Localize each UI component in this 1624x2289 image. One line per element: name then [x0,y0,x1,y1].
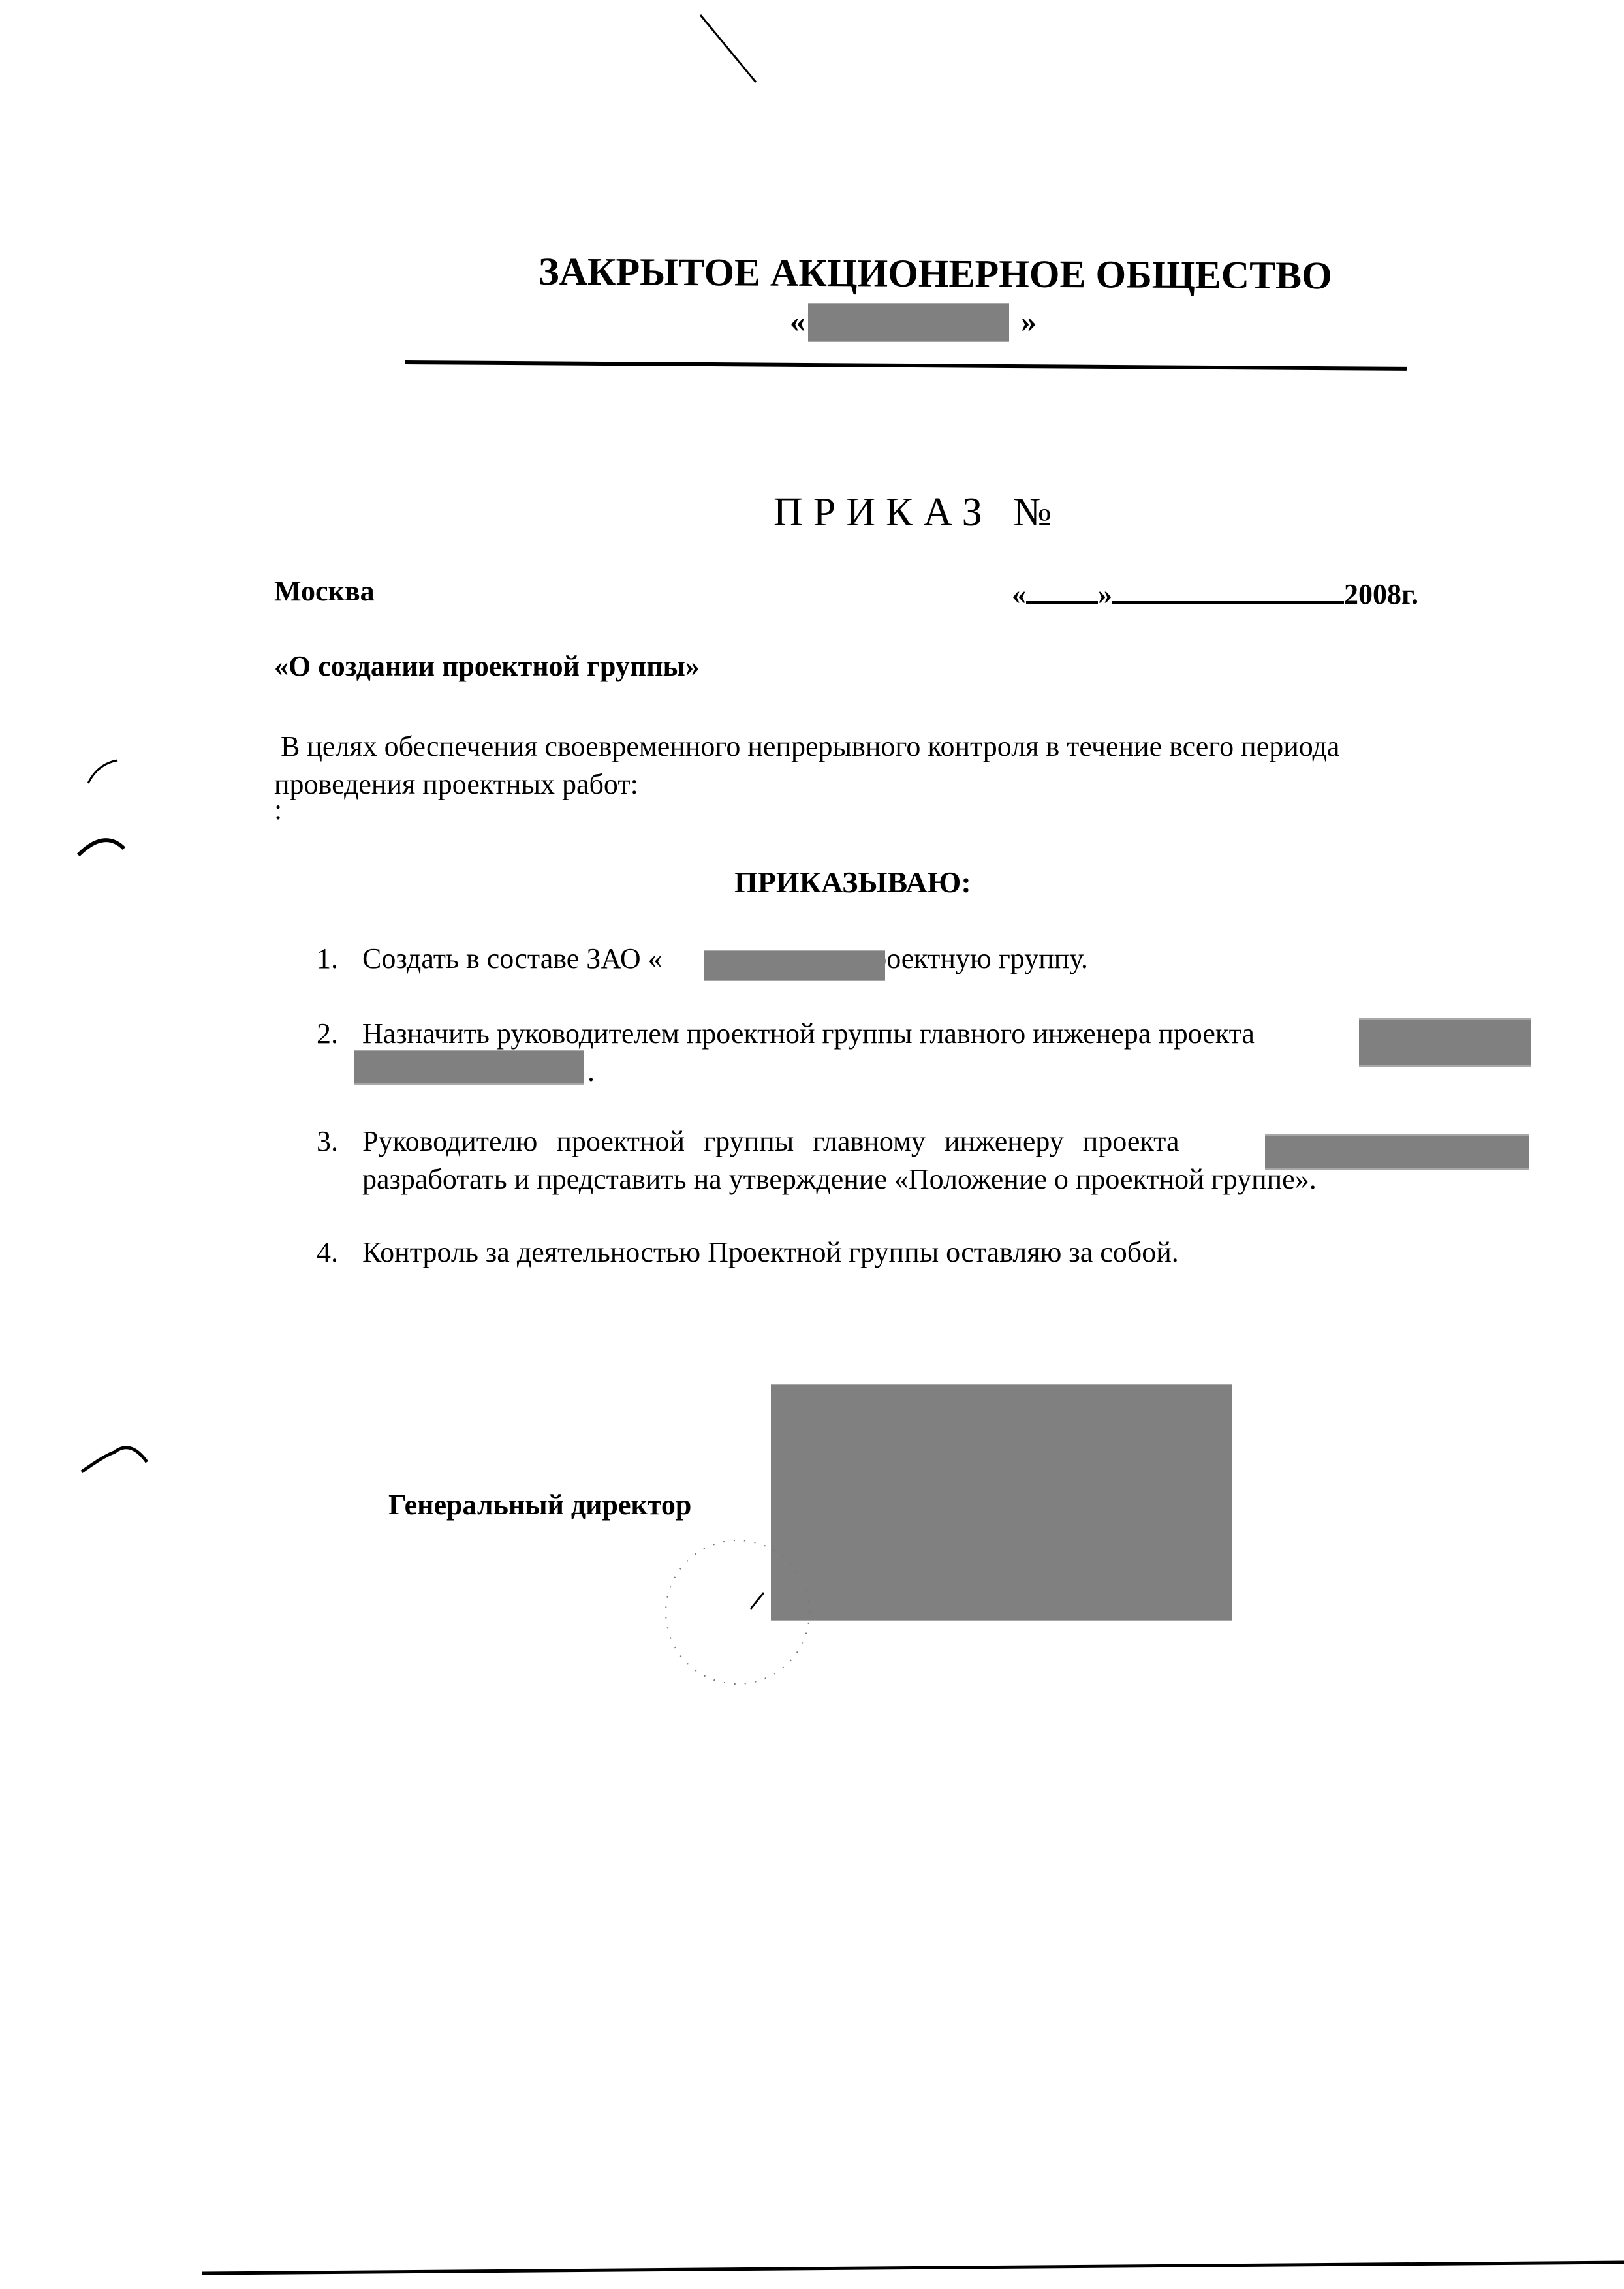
scan-artifact-lines [0,0,1624,2289]
